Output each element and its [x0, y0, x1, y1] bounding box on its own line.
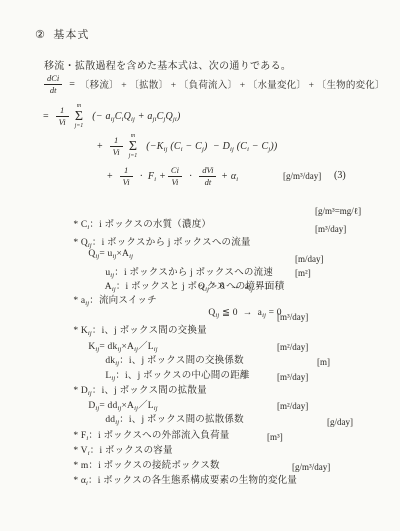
equation-word-terms: 〔移流〕 + 〔拡散〕 + 〔負荷流入〕 + 〔水量変化〕 + 〔生物的変化〕: [80, 77, 385, 91]
definition-unit: [m²/day]: [277, 342, 308, 352]
fraction-denominator: Vi: [56, 117, 69, 128]
one-over-vi-fraction: 1 Vi: [110, 135, 123, 157]
fraction-denominator: dt: [44, 85, 62, 96]
document-page: ② 基本式 移流・拡散過程を含めた基本式は、次の通りである。 dCi dt = …: [0, 0, 400, 531]
fraction-denominator: Vi: [110, 147, 123, 158]
definition-unit: [m²/day]: [277, 401, 308, 411]
definition-unit: [m²]: [295, 268, 311, 278]
equation-line-4: + 1 Vi · Fi + Ci Vi · dVi dt + αi: [102, 165, 238, 187]
fraction-denominator: Vi: [120, 177, 133, 188]
middle-dot: ·: [189, 171, 192, 182]
intro-sentence: 移流・拡散過程を含めた基本式は、次の通りである。: [44, 57, 291, 72]
exchange-diffusion-term: (−Kij (Ci − Cj) − Dij (Ci − Cj)): [146, 141, 277, 152]
definition-unit: [g/day]: [327, 417, 353, 427]
def-row-aij-switch-case2: Qij ≦ 0 → aij = 0: [198, 297, 282, 328]
switch-case-2: Qij ≦ 0 → aij = 0: [208, 308, 281, 318]
equals-sign: =: [43, 111, 49, 122]
switch-case-1: Qij > 0 → aij = 1: [198, 282, 269, 292]
advection-term: (− aijCiQij + ajiCjQji): [92, 111, 180, 122]
load-term: Fi +: [148, 171, 166, 182]
equation-line-3: + 1 Vi m Σ j=1 (−Kij (Ci − Cj) − Dij (Ci…: [92, 133, 277, 159]
fraction-numerator: 1: [120, 165, 133, 177]
sum-lower-limit: j=1: [75, 123, 84, 130]
middle-dot: ·: [140, 171, 143, 182]
fraction-denominator: dt: [199, 177, 216, 188]
definition-unit: [m/day]: [295, 254, 324, 264]
definition-unit: [g/m³/day]: [292, 462, 330, 472]
sigma-sum: m Σ j=1: [75, 103, 84, 129]
definition-unit: [g/m³=mg/ℓ]: [315, 206, 361, 216]
definition-unit: [m³]: [267, 432, 283, 442]
definition-text: * aij：流向スイッチ: [73, 296, 157, 306]
fraction-numerator: dVi: [199, 165, 216, 177]
fraction-numerator: 1: [110, 135, 123, 147]
equation-line-1: dCi dt = 〔移流〕 + 〔拡散〕 + 〔負荷流入〕 + 〔水量変化〕 +…: [42, 73, 385, 95]
equation-number: (3): [334, 170, 346, 181]
ci-over-vi-fraction: Ci Vi: [168, 165, 182, 187]
def-row-alpha: * αi：i ボックスの各生態系構成要素の生物的変化量 [g/m³/day]: [63, 462, 297, 506]
plus-sign: +: [97, 141, 103, 152]
definition-unit: [m³/day]: [277, 372, 308, 382]
page-title: ② 基本式: [35, 26, 89, 42]
equation-line-2: = 1 Vi m Σ j=1 (− aijCiQij + ajiCjQji): [38, 103, 180, 129]
plus-sign: +: [107, 171, 113, 182]
fraction-denominator: Vi: [168, 177, 182, 188]
bio-change-term: + αi: [218, 171, 238, 182]
sigma-icon: Σ: [129, 140, 137, 153]
sigma-icon: Σ: [75, 110, 83, 123]
definition-text: * αi：i ボックスの各生態系構成要素の生物的変化量: [73, 476, 297, 486]
fraction-numerator: 1: [56, 105, 69, 117]
equals-sign: =: [69, 79, 75, 90]
sum-lower-limit: j=1: [129, 153, 138, 160]
one-over-vi-fraction: 1 Vi: [120, 165, 133, 187]
equation-unit: [g/m³/day]: [283, 171, 321, 181]
definition-unit: [m³/day]: [315, 224, 346, 234]
one-over-vi-fraction: 1 Vi: [56, 105, 69, 127]
definition-unit: [m³/day]: [277, 312, 308, 322]
fraction-numerator: dCi: [44, 73, 62, 85]
fraction-numerator: Ci: [168, 165, 182, 177]
dvi-over-dt-fraction: dVi dt: [199, 165, 216, 187]
definition-unit: [m]: [317, 357, 330, 367]
lhs-fraction: dCi dt: [44, 73, 62, 95]
sigma-sum: m Σ j=1: [129, 133, 138, 159]
